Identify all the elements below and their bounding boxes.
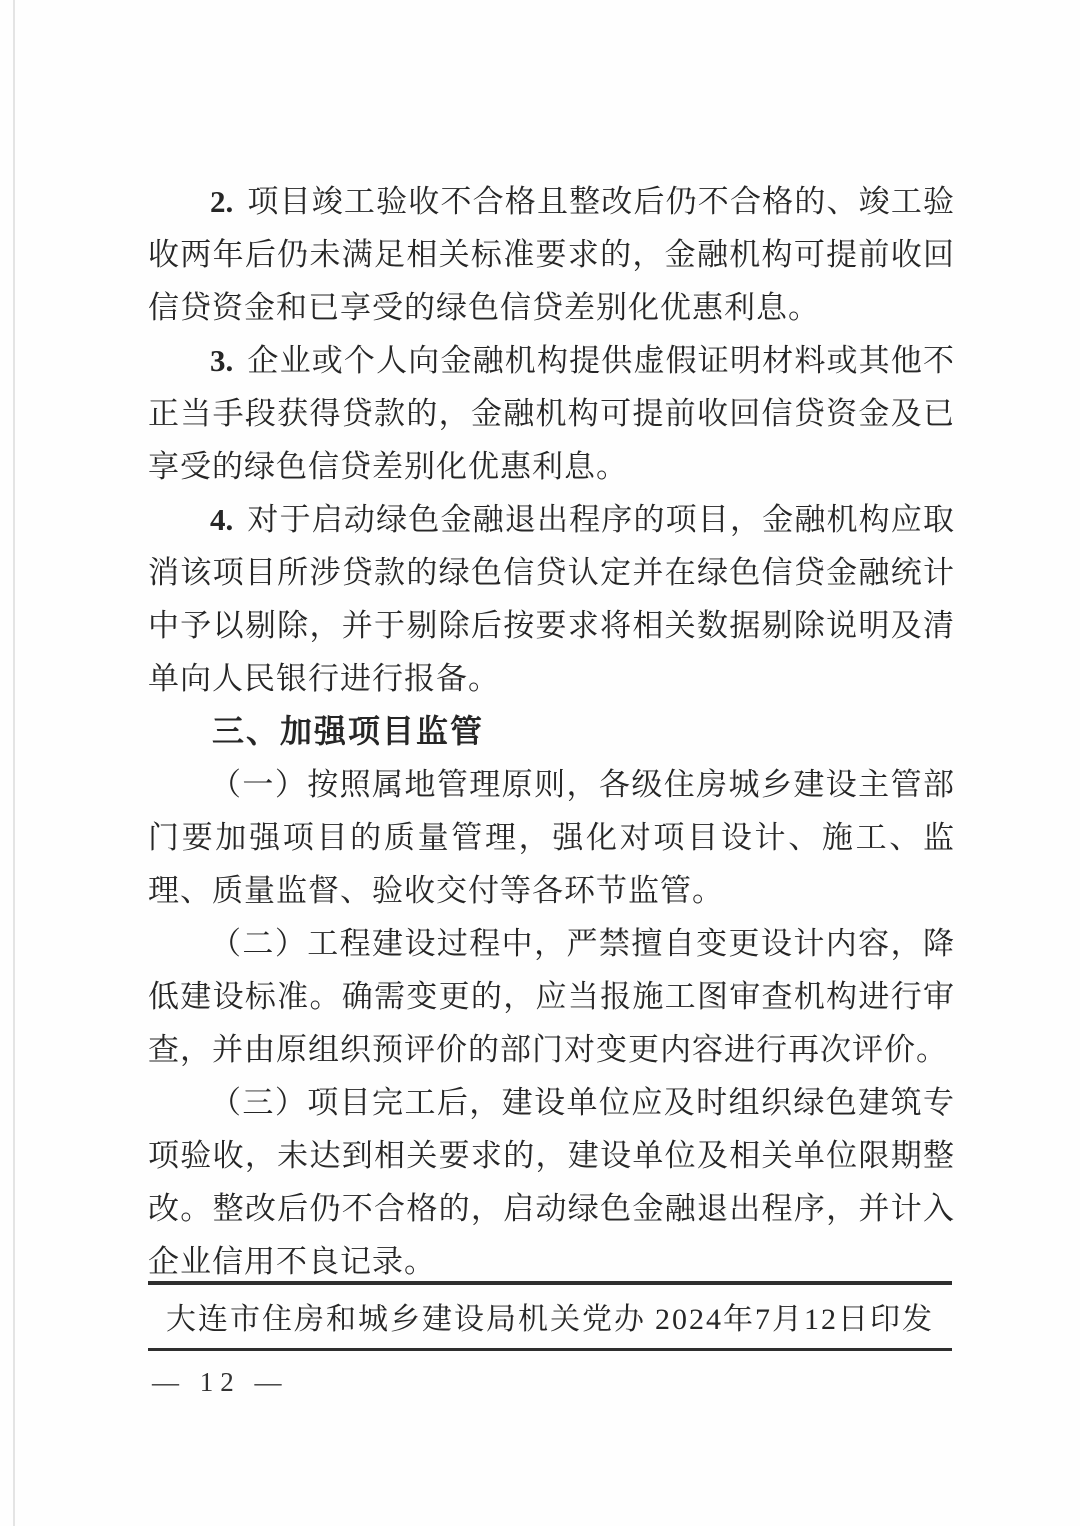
document-footer: 大连市住房和城乡建设局机关党办 2024年7月12日印发 xyxy=(148,1297,952,1343)
page-number: — 12 — xyxy=(152,1362,289,1402)
footer-bottom-rule xyxy=(148,1348,952,1351)
sub-paragraph-3: （三）项目完工后，建设单位应及时组织绿色建筑专项验收，未达到相关要求的，建设单位… xyxy=(148,1076,955,1288)
sub-paragraph-2: （二）工程建设过程中，严禁擅自变更设计内容，降低建设标准。确需变更的，应当报施工… xyxy=(148,917,955,1076)
paragraph-text: 对于启动绿色金融退出程序的项目，金融机构应取消该项目所涉贷款的绿色信贷认定并在绿… xyxy=(148,502,955,696)
paragraph-text: 项目竣工验收不合格且整改后仍不合格的、竣工验收两年后仍未满足相关标准要求的，金融… xyxy=(148,184,955,325)
document-page: 2.项目竣工验收不合格且整改后仍不合格的、竣工验收两年后仍未满足相关标准要求的，… xyxy=(0,0,1080,1526)
footer-top-rule xyxy=(148,1281,952,1285)
print-date: 2024年7月12日印发 xyxy=(655,1297,934,1343)
paragraph-item-3: 3.企业或个人向金融机构提供虚假证明材料或其他不正当手段获得贷款的，金融机构可提… xyxy=(148,334,955,493)
scan-edge-line xyxy=(13,0,15,1526)
paragraph-item-2: 2.项目竣工验收不合格且整改后仍不合格的、竣工验收两年后仍未满足相关标准要求的，… xyxy=(148,175,955,334)
paragraph-number: 3. xyxy=(210,343,233,378)
sub-paragraph-1: （一）按照属地管理原则，各级住房城乡建设主管部门要加强项目的质量管理，强化对项目… xyxy=(148,758,955,917)
paragraph-item-4: 4.对于启动绿色金融退出程序的项目，金融机构应取消该项目所涉贷款的绿色信贷认定并… xyxy=(148,493,955,705)
section-heading: 三、加强项目监管 xyxy=(148,705,955,758)
paragraph-number: 2. xyxy=(210,184,233,219)
paragraph-text: 企业或个人向金融机构提供虚假证明材料或其他不正当手段获得贷款的，金融机构可提前收… xyxy=(148,343,955,484)
document-body: 2.项目竣工验收不合格且整改后仍不合格的、竣工验收两年后仍未满足相关标准要求的，… xyxy=(148,175,955,1288)
issuing-office: 大连市住房和城乡建设局机关党办 xyxy=(166,1297,646,1343)
paragraph-number: 4. xyxy=(210,502,233,537)
